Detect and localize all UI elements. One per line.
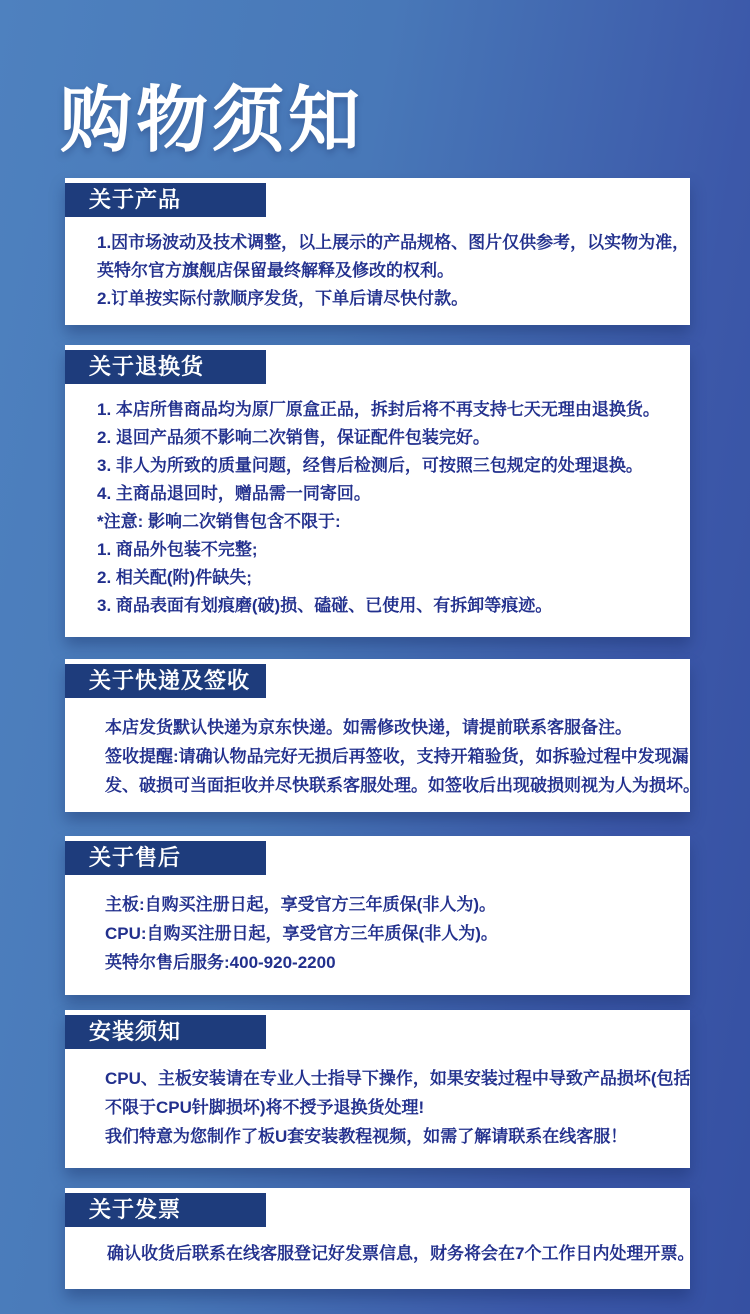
section-body-product: 1.因市场波动及技术调整，以上展示的产品规格、图片仅供参考，以实物为准， 英特尔… bbox=[65, 229, 690, 313]
notice-line: 3. 非人为所致的质量问题，经售后检测后，可按照三包规定的处理退换。 bbox=[97, 452, 678, 480]
card-install-notice: 安装须知 CPU、主板安装请在专业人士指导下操作，如果安装过程中导致产品损坏(包… bbox=[65, 1010, 690, 1168]
notice-line: 4. 主商品退回时，赠品需一同寄回。 bbox=[97, 480, 678, 508]
notice-line: 1. 本店所售商品均为原厂原盒正品，拆封后将不再支持七天无理由退换货。 bbox=[97, 396, 678, 424]
card-about-invoice: 关于发票 确认收货后联系在线客服登记好发票信息，财务将会在7个工作日内处理开票。 bbox=[65, 1188, 690, 1289]
card-about-shipping: 关于快递及签收 本店发货默认快递为京东快递。如需修改快递，请提前联系客服备注。 … bbox=[65, 659, 690, 812]
notice-line: 签收提醒:请确认物品完好无损后再签收，支持开箱验货，如拆验过程中发现漏 bbox=[105, 742, 678, 771]
card-about-aftersale: 关于售后 主板:自购买注册日起，享受官方三年质保(非人为)。 CPU:自购买注册… bbox=[65, 836, 690, 995]
section-body-aftersale: 主板:自购买注册日起，享受官方三年质保(非人为)。 CPU:自购买注册日起，享受… bbox=[65, 890, 690, 977]
section-heading-install: 安装须知 bbox=[65, 1015, 266, 1049]
section-heading-invoice: 关于发票 bbox=[65, 1193, 266, 1227]
section-heading-product: 关于产品 bbox=[65, 183, 266, 217]
notice-line: 英特尔售后服务:400-920-2200 bbox=[105, 948, 678, 977]
notice-line: 发、破损可当面拒收并尽快联系客服处理。如签收后出现破损则视为人为损坏。 bbox=[105, 771, 678, 800]
section-heading-returns: 关于退换货 bbox=[65, 350, 266, 384]
section-body-returns: 1. 本店所售商品均为原厂原盒正品，拆封后将不再支持七天无理由退换货。 2. 退… bbox=[65, 396, 690, 620]
page-title: 购物须知 bbox=[60, 62, 364, 166]
notice-line: 我们特意为您制作了板U套安装教程视频，如需了解请联系在线客服！ bbox=[105, 1122, 678, 1151]
notice-line: *注意: 影响二次销售包含不限于: bbox=[97, 508, 678, 536]
notice-line: 不限于CPU针脚损坏)将不授予退换货处理! bbox=[105, 1093, 678, 1122]
notice-line: 2.订单按实际付款顺序发货，下单后请尽快付款。 bbox=[97, 285, 678, 313]
notice-line: 1. 商品外包装不完整; bbox=[97, 536, 678, 564]
section-body-install: CPU、主板安装请在专业人士指导下操作，如果安装过程中导致产品损坏(包括 不限于… bbox=[65, 1064, 690, 1151]
card-about-product: 关于产品 1.因市场波动及技术调整，以上展示的产品规格、图片仅供参考，以实物为准… bbox=[65, 178, 690, 325]
card-about-returns: 关于退换货 1. 本店所售商品均为原厂原盒正品，拆封后将不再支持七天无理由退换货… bbox=[65, 345, 690, 637]
notice-line: 2. 相关配(附)件缺失; bbox=[97, 564, 678, 592]
notice-line: CPU、主板安装请在专业人士指导下操作，如果安装过程中导致产品损坏(包括 bbox=[105, 1064, 678, 1093]
section-body-shipping: 本店发货默认快递为京东快递。如需修改快递，请提前联系客服备注。 签收提醒:请确认… bbox=[65, 713, 690, 800]
notice-line: 主板:自购买注册日起，享受官方三年质保(非人为)。 bbox=[105, 890, 678, 919]
notice-line: 确认收货后联系在线客服登记好发票信息，财务将会在7个工作日内处理开票。 bbox=[107, 1240, 678, 1268]
notice-line: 1.因市场波动及技术调整，以上展示的产品规格、图片仅供参考，以实物为准， bbox=[97, 229, 678, 257]
notice-line: 英特尔官方旗舰店保留最终解释及修改的权利。 bbox=[97, 257, 678, 285]
notice-line: 3. 商品表面有划痕磨(破)损、磕碰、已使用、有拆卸等痕迹。 bbox=[97, 592, 678, 620]
notice-line: 2. 退回产品须不影响二次销售，保证配件包装完好。 bbox=[97, 424, 678, 452]
section-heading-aftersale: 关于售后 bbox=[65, 841, 266, 875]
notice-line: 本店发货默认快递为京东快递。如需修改快递，请提前联系客服备注。 bbox=[105, 713, 678, 742]
section-body-invoice: 确认收货后联系在线客服登记好发票信息，财务将会在7个工作日内处理开票。 bbox=[65, 1240, 690, 1268]
shopping-notice-page: 购物须知 关于产品 1.因市场波动及技术调整，以上展示的产品规格、图片仅供参考，… bbox=[0, 0, 750, 1314]
notice-line: CPU:自购买注册日起，享受官方三年质保(非人为)。 bbox=[105, 919, 678, 948]
section-heading-shipping: 关于快递及签收 bbox=[65, 664, 266, 698]
